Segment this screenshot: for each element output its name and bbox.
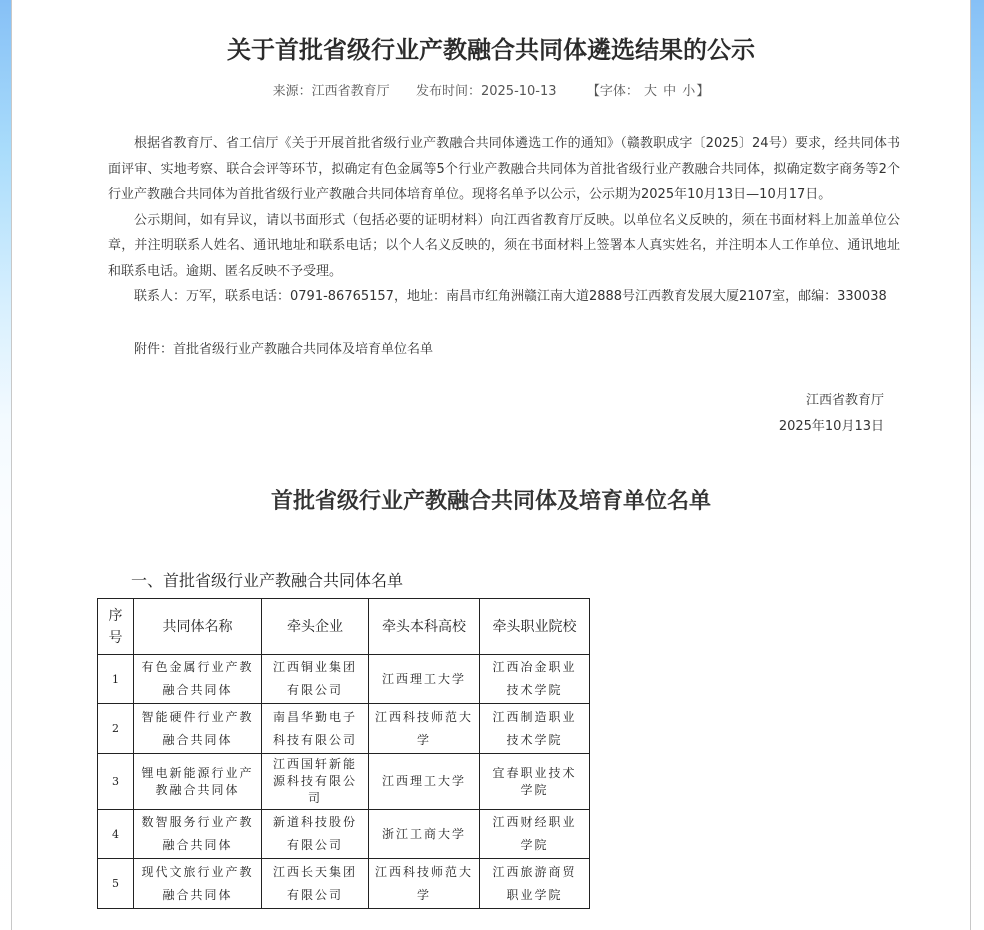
article-meta: 来源：江西省教育厅 发布时间：2025-10-13 【字体： 大 中 小】: [12, 80, 970, 99]
attachment-link[interactable]: 附件：首批省级行业产教融合共同体及培育单位名单: [108, 338, 900, 357]
source-value: 江西省教育厅: [312, 80, 390, 99]
cell-university: 江西理工大学: [369, 754, 480, 810]
header-enterprise: 牵头企业: [262, 599, 369, 655]
article-title: 关于首批省级行业产教融合共同体遴选结果的公示: [12, 30, 970, 65]
article-page: 关于首批省级行业产教融合共同体遴选结果的公示 来源：江西省教育厅 发布时间：20…: [11, 0, 971, 930]
publish-date: 2025-10-13: [481, 84, 557, 99]
cell-name: 有色金属行业产教融合共同体: [134, 655, 262, 704]
table-row: 4 数智服务行业产教融合共同体 新道科技股份有限公司 浙江工商大学 江西财经职业…: [98, 810, 590, 859]
table-row: 2 智能硬件行业产教融合共同体 南昌华勤电子科技有限公司 江西科技师范大学 江西…: [98, 704, 590, 754]
header-college: 牵头职业院校: [480, 599, 590, 655]
cell-university: 江西科技师范大学: [369, 859, 480, 909]
header-name: 共同体名称: [134, 599, 262, 655]
font-size-medium-link[interactable]: 中: [662, 84, 677, 99]
table-row: 5 现代文旅行业产教融合共同体 江西长天集团有限公司 江西科技师范大学 江西旅游…: [98, 859, 590, 909]
cell-college: 江西旅游商贸职业学院: [480, 859, 590, 909]
cell-no: 5: [98, 859, 134, 909]
table-header-row: 序号 共同体名称 牵头企业 牵头本科高校 牵头职业院校: [98, 599, 590, 655]
community-table: 序号 共同体名称 牵头企业 牵头本科高校 牵头职业院校 1 有色金属行业产教融合…: [97, 598, 590, 909]
attachment-title: 首批省级行业产教融合共同体及培育单位名单: [12, 484, 970, 515]
cell-university: 浙江工商大学: [369, 810, 480, 859]
paragraph-basis: 根据省教育厅、省工信厅《关于开展首批省级行业产教融合共同体遴选工作的通知》（赣教…: [108, 131, 900, 208]
cell-no: 2: [98, 704, 134, 754]
table-row: 1 有色金属行业产教融合共同体 江西铜业集团有限公司 江西理工大学 江西冶金职业…: [98, 655, 590, 704]
signature-org: 江西省教育厅: [779, 388, 884, 414]
cell-college: 江西财经职业学院: [480, 810, 590, 859]
cell-university: 江西理工大学: [369, 655, 480, 704]
cell-name: 现代文旅行业产教融合共同体: [134, 859, 262, 909]
header-no: 序号: [98, 599, 134, 655]
signature-date: 2025年10月13日: [779, 414, 884, 440]
cell-college: 江西制造职业技术学院: [480, 704, 590, 754]
cell-enterprise: 江西铜业集团有限公司: [262, 655, 369, 704]
article-body: 根据省教育厅、省工信厅《关于开展首批省级行业产教融合共同体遴选工作的通知》（赣教…: [108, 131, 900, 310]
source-label: 来源：: [273, 80, 312, 99]
cell-name: 数智服务行业产教融合共同体: [134, 810, 262, 859]
cell-name: 智能硬件行业产教融合共同体: [134, 704, 262, 754]
cell-enterprise: 江西长天集团有限公司: [262, 859, 369, 909]
signature-block: 江西省教育厅 2025年10月13日: [779, 388, 884, 440]
cell-enterprise: 江西国轩新能源科技有限公司: [262, 754, 369, 810]
paragraph-contact: 联系人：万军，联系电话：0791-86765157，地址：南昌市红角洲赣江南大道…: [108, 284, 900, 310]
paragraph-objection: 公示期间，如有异议，请以书面形式（包括必要的证明材料）向江西省教育厅反映。以单位…: [108, 208, 900, 285]
cell-no: 3: [98, 754, 134, 810]
header-university: 牵头本科高校: [369, 599, 480, 655]
cell-college: 宜春职业技术学院: [480, 754, 590, 810]
cell-enterprise: 南昌华勤电子科技有限公司: [262, 704, 369, 754]
cell-no: 1: [98, 655, 134, 704]
font-size-small-link[interactable]: 小: [681, 84, 696, 99]
section-title: 一、首批省级行业产教融合共同体名单: [131, 568, 403, 591]
cell-university: 江西科技师范大学: [369, 704, 480, 754]
table-row: 3 锂电新能源行业产教融合共同体 江西国轩新能源科技有限公司 江西理工大学 宜春…: [98, 754, 590, 810]
font-size-label: 【字体：: [587, 80, 639, 99]
font-size-label-close: 】: [696, 80, 709, 99]
cell-name: 锂电新能源行业产教融合共同体: [134, 754, 262, 810]
cell-enterprise: 新道科技股份有限公司: [262, 810, 369, 859]
publish-time-label: 发布时间：: [416, 80, 481, 99]
cell-college: 江西冶金职业技术学院: [480, 655, 590, 704]
cell-no: 4: [98, 810, 134, 859]
font-size-large-link[interactable]: 大: [643, 84, 658, 99]
